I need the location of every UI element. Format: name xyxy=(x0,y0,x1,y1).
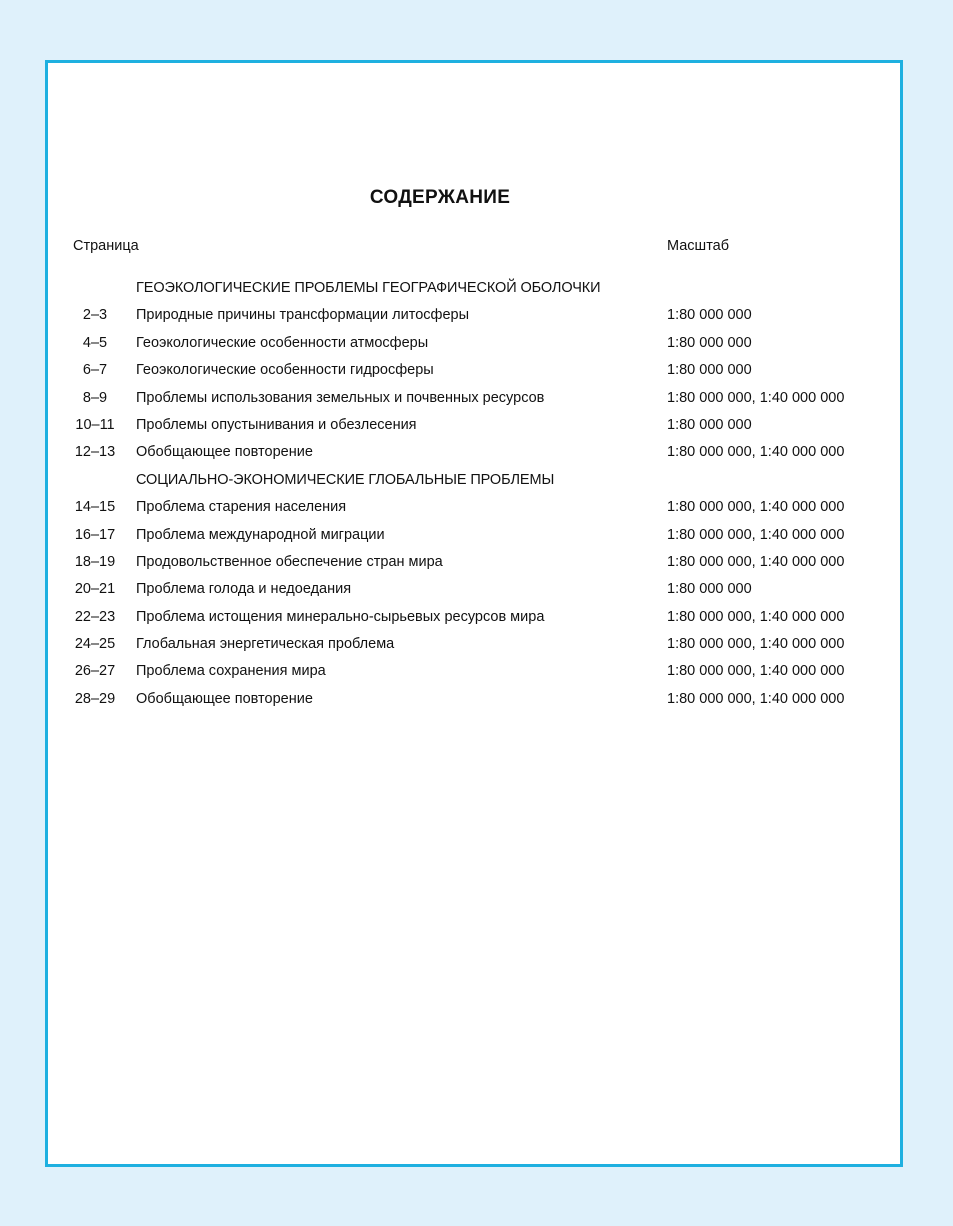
map-scale: 1:80 000 000 xyxy=(667,576,752,603)
map-scale: 1:80 000 000, 1:40 000 000 xyxy=(667,385,844,412)
map-scale: 1:80 000 000 xyxy=(667,330,752,357)
entry-title: Проблема старения населения xyxy=(136,494,346,521)
entry-title: Проблемы опустынивания и обезлесения xyxy=(136,412,417,439)
map-scale: 1:80 000 000 xyxy=(667,412,752,439)
contents-entry[interactable]: 12–13Обобщающее повторение1:80 000 000, … xyxy=(48,439,900,466)
contents-list: ГЕОЭКОЛОГИЧЕСКИЕ ПРОБЛЕМЫ ГЕОГРАФИЧЕСКОЙ… xyxy=(48,275,900,713)
page-range: 28–29 xyxy=(73,686,117,713)
contents-entry[interactable]: 26–27Проблема сохранения мира1:80 000 00… xyxy=(48,658,900,685)
entry-title: Проблема сохранения мира xyxy=(136,658,326,685)
page-range: 6–7 xyxy=(73,357,117,384)
entry-title: Проблема истощения минерально-сырьевых р… xyxy=(136,604,544,631)
entry-title: Проблема голода и недоедания xyxy=(136,576,351,603)
page-range: 8–9 xyxy=(73,385,117,412)
column-header-scale: Масштаб xyxy=(667,238,729,254)
contents-entry[interactable]: 24–25Глобальная энергетическая проблема1… xyxy=(48,631,900,658)
entry-title: Обобщающее повторение xyxy=(136,686,313,713)
page-range: 14–15 xyxy=(73,494,117,521)
contents-entry[interactable]: 22–23Проблема истощения минерально-сырье… xyxy=(48,604,900,631)
map-scale: 1:80 000 000 xyxy=(667,302,752,329)
contents-entry[interactable]: 4–5Геоэкологические особенности атмосфер… xyxy=(48,330,900,357)
page-title-text: СОДЕРЖАНИЕ xyxy=(370,187,510,209)
entry-title: Продовольственное обеспечение стран мира xyxy=(136,549,443,576)
map-scale: 1:80 000 000 xyxy=(667,357,752,384)
column-header-page: Страница xyxy=(73,238,139,254)
contents-entry[interactable]: 18–19Продовольственное обеспечение стран… xyxy=(48,549,900,576)
page-range: 2–3 xyxy=(73,302,117,329)
entry-title: Обобщающее повторение xyxy=(136,439,313,466)
page-range: 24–25 xyxy=(73,631,117,658)
map-scale: 1:80 000 000, 1:40 000 000 xyxy=(667,604,844,631)
map-scale: 1:80 000 000, 1:40 000 000 xyxy=(667,494,844,521)
entry-title: Геоэкологические особенности гидросферы xyxy=(136,357,434,384)
page-range: 10–11 xyxy=(73,412,117,439)
contents-entry[interactable]: 2–3Природные причины трансформации литос… xyxy=(48,302,900,329)
section-heading: ГЕОЭКОЛОГИЧЕСКИЕ ПРОБЛЕМЫ ГЕОГРАФИЧЕСКОЙ… xyxy=(48,275,900,302)
contents-entry[interactable]: 14–15Проблема старения населения1:80 000… xyxy=(48,494,900,521)
page-range: 26–27 xyxy=(73,658,117,685)
document-page: СОДЕРЖАНИЕ Страница Масштаб ГЕОЭКОЛОГИЧЕ… xyxy=(45,60,903,1167)
page-range: 18–19 xyxy=(73,549,117,576)
page-range: 4–5 xyxy=(73,330,117,357)
map-scale: 1:80 000 000, 1:40 000 000 xyxy=(667,522,844,549)
page-range: 16–17 xyxy=(73,522,117,549)
page-range: 20–21 xyxy=(73,576,117,603)
section-title: СОЦИАЛЬНО-ЭКОНОМИЧЕСКИЕ ГЛОБАЛЬНЫЕ ПРОБЛ… xyxy=(136,467,554,494)
map-scale: 1:80 000 000, 1:40 000 000 xyxy=(667,549,844,576)
contents-entry[interactable]: 6–7Геоэкологические особенности гидросфе… xyxy=(48,357,900,384)
contents-entry[interactable]: 10–11Проблемы опустынивания и обезлесени… xyxy=(48,412,900,439)
entry-title: Проблемы использования земельных и почве… xyxy=(136,385,544,412)
map-scale: 1:80 000 000, 1:40 000 000 xyxy=(667,686,844,713)
page-range: 22–23 xyxy=(73,604,117,631)
page-range: 12–13 xyxy=(73,439,117,466)
entry-title: Природные причины трансформации литосфер… xyxy=(136,302,469,329)
contents-entry[interactable]: 20–21Проблема голода и недоедания1:80 00… xyxy=(48,576,900,603)
entry-title: Геоэкологические особенности атмосферы xyxy=(136,330,428,357)
contents-entry[interactable]: 28–29Обобщающее повторение1:80 000 000, … xyxy=(48,686,900,713)
section-heading: СОЦИАЛЬНО-ЭКОНОМИЧЕСКИЕ ГЛОБАЛЬНЫЕ ПРОБЛ… xyxy=(48,467,900,494)
contents-entry[interactable]: 16–17Проблема международной миграции1:80… xyxy=(48,522,900,549)
entry-title: Проблема международной миграции xyxy=(136,522,385,549)
map-scale: 1:80 000 000, 1:40 000 000 xyxy=(667,631,844,658)
page-title: СОДЕРЖАНИЕ xyxy=(48,187,900,209)
section-title: ГЕОЭКОЛОГИЧЕСКИЕ ПРОБЛЕМЫ ГЕОГРАФИЧЕСКОЙ… xyxy=(136,275,600,302)
map-scale: 1:80 000 000, 1:40 000 000 xyxy=(667,439,844,466)
entry-title: Глобальная энергетическая проблема xyxy=(136,631,394,658)
map-scale: 1:80 000 000, 1:40 000 000 xyxy=(667,658,844,685)
contents-entry[interactable]: 8–9Проблемы использования земельных и по… xyxy=(48,385,900,412)
